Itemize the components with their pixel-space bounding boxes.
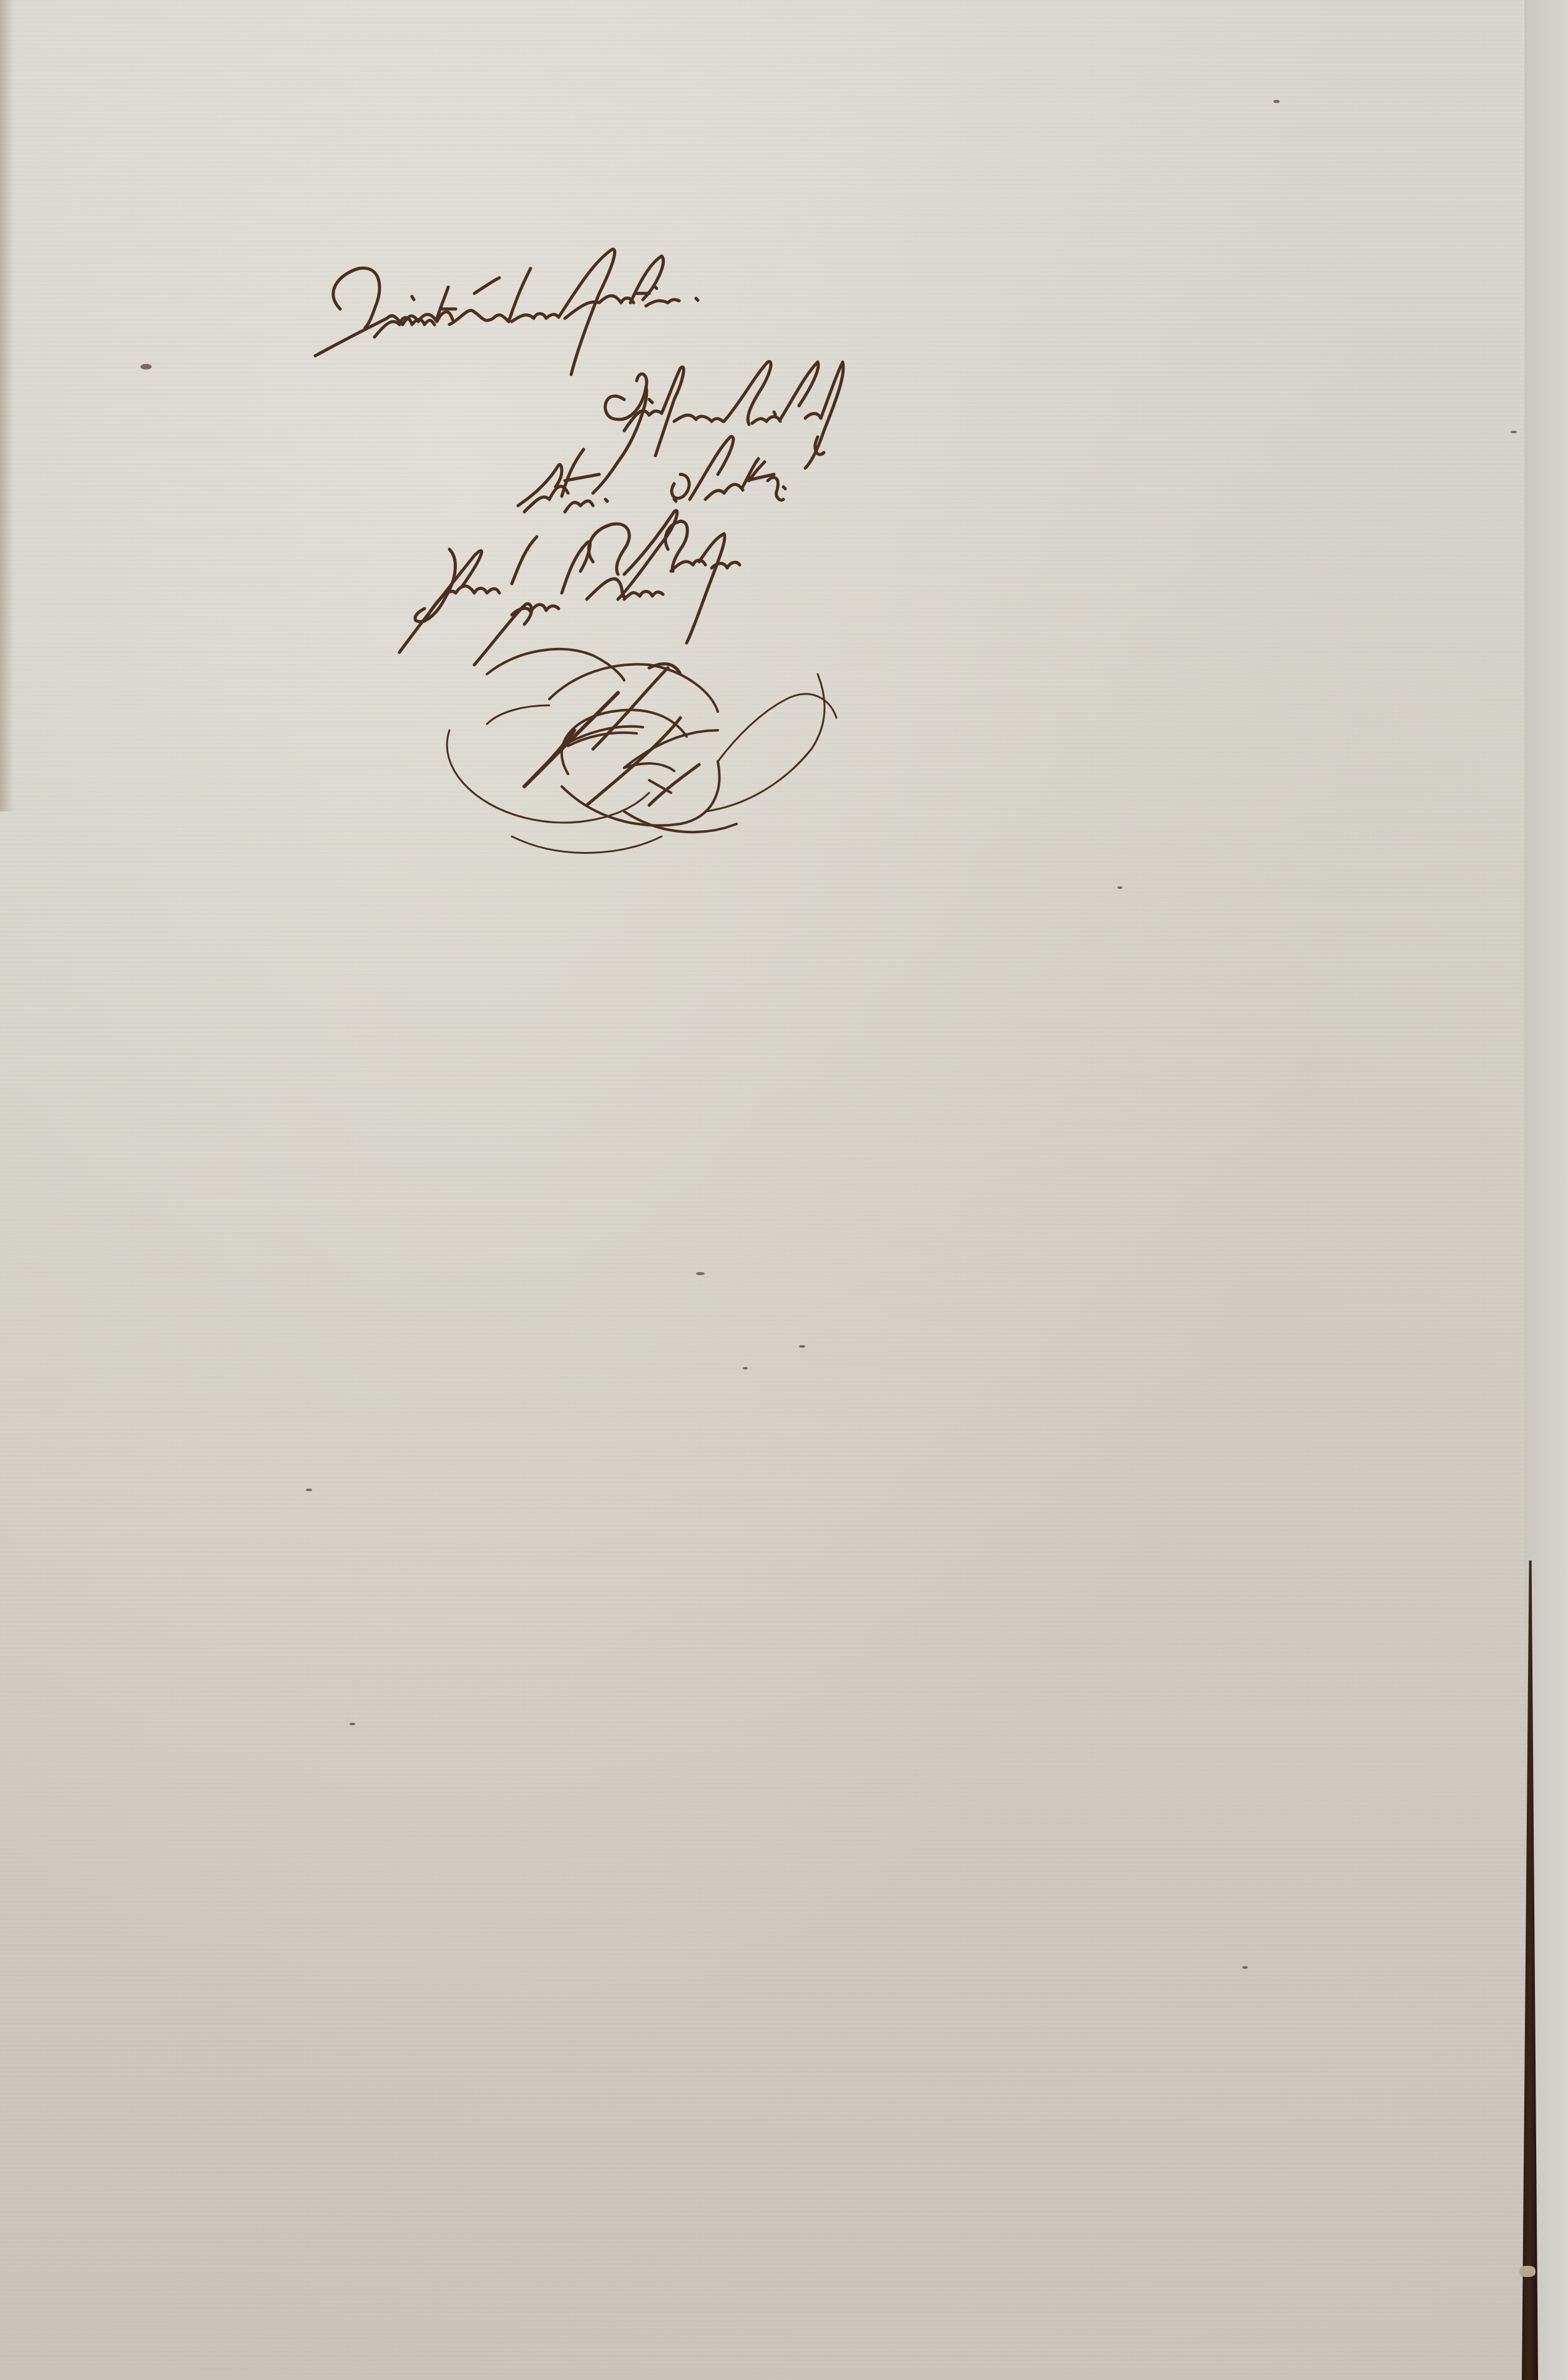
paper-speck bbox=[1242, 1966, 1248, 1969]
handwriting-line-4 bbox=[399, 511, 740, 665]
paper-speck bbox=[799, 1345, 805, 1348]
manuscript-page: und mit Unterschriften: Justus Liebich S… bbox=[0, 0, 1542, 2380]
paper-speck bbox=[350, 1723, 355, 1725]
handwriting-line-1 bbox=[315, 249, 698, 375]
handwriting-block bbox=[0, 0, 1568, 936]
binding-knot bbox=[1519, 2266, 1536, 2277]
paper-speck bbox=[306, 1489, 312, 1491]
paper-speck bbox=[696, 1272, 705, 1275]
paper-speck bbox=[743, 1367, 748, 1369]
monogram-flourish bbox=[447, 649, 836, 853]
handwriting-line-3 bbox=[518, 436, 785, 512]
